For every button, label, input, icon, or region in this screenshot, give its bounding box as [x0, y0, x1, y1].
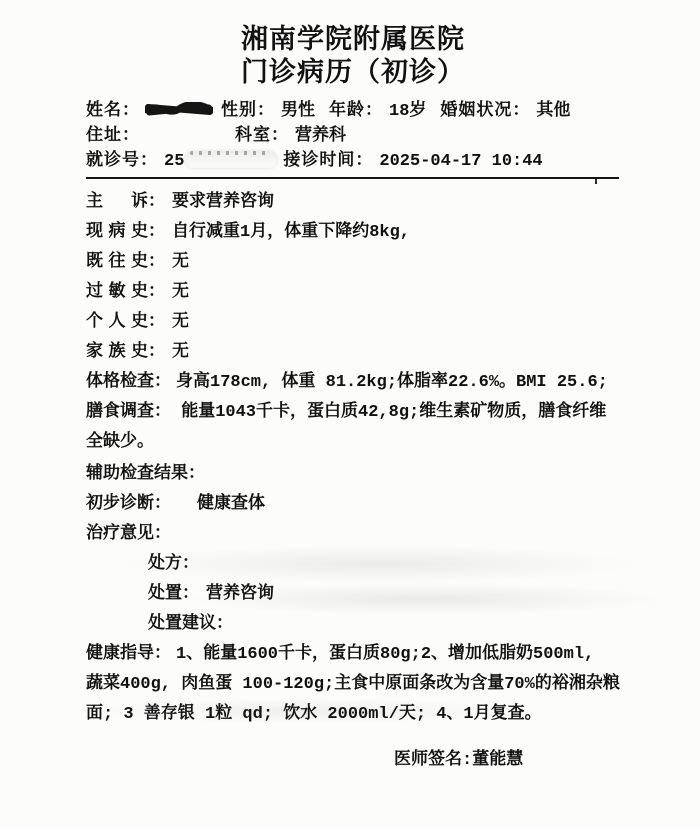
age-value: 18岁: [389, 102, 426, 121]
visit-no-redaction: [185, 151, 277, 168]
signature-label: 医师签名:: [394, 751, 472, 770]
allergy-history-row: 过敏史：无: [86, 278, 620, 308]
colon: ：: [154, 495, 171, 514]
hospital-name: 湘南学院附属医院: [86, 26, 620, 59]
age-label: 年龄: [329, 102, 365, 121]
name-label: 姓名: [86, 102, 122, 121]
disposal-label: 处置: [148, 585, 182, 604]
visit-no-label: 就诊号: [86, 152, 140, 171]
dept-value: 营养科: [295, 127, 346, 146]
colon: ：: [182, 555, 199, 574]
divider-tick: [595, 179, 597, 184]
marital-value: 其他: [536, 102, 570, 121]
disposal-value: 营养咨询: [206, 585, 274, 604]
colon: ：: [148, 253, 165, 272]
signature-row: 医师签名:董能慧: [394, 747, 620, 775]
physical-exam-label: 体格检查: [86, 373, 154, 392]
name-redaction: [145, 101, 213, 116]
colon: ：: [188, 465, 205, 484]
present-illness-row: 现病史：自行减重1月，体重下降约8kg,: [86, 218, 620, 248]
visit-no-value: 25: [164, 152, 184, 171]
colon: ：: [365, 102, 382, 121]
disposal-advice-row: 处置建议：: [148, 610, 620, 640]
family-history-label: 家族史: [86, 338, 148, 368]
record-body: 主诉：要求营养咨询 现病史：自行减重1月，体重下降约8kg, 既往史：无 过敏史…: [86, 188, 620, 730]
visit-time-label: 接诊时间: [283, 152, 355, 171]
auxiliary-exam-label: 辅助检查结果: [86, 465, 188, 484]
colon: ：: [122, 102, 139, 121]
patient-row-3: 就诊号：25接诊时间：2025-04-17 10:44: [86, 149, 620, 174]
colon: ：: [154, 525, 171, 544]
physical-exam-paragraph: 体格检查：身高178cm, 体重 81.2kg;体脂率22.6%。BMI 25.…: [86, 368, 620, 458]
prescription-row: 处方：: [148, 550, 620, 580]
treatment-opinion-row: 治疗意见：: [86, 520, 620, 550]
patient-row-1: 姓名：性别：男性年龄：18岁婚姻状况：其他: [86, 99, 620, 124]
chief-complaint-value: 要求营养咨询: [172, 193, 274, 212]
colon: ：: [182, 585, 199, 604]
past-history-row: 既往史：无: [86, 248, 620, 278]
present-illness-label: 现病史: [86, 218, 148, 248]
visit-time-value: 2025-04-17 10:44: [379, 152, 542, 171]
health-guidance-label: 健康指导: [86, 645, 154, 664]
colon: ：: [140, 152, 157, 171]
treatment-opinion-label: 治疗意见: [86, 525, 154, 544]
colon: ：: [271, 127, 288, 146]
colon: ：: [122, 127, 139, 146]
medical-record-page: 湘南学院附属医院 门诊病历（初诊） 姓名：性别：男性年龄：18岁婚姻状况：其他 …: [0, 0, 700, 828]
chief-complaint-label: 主诉: [86, 188, 148, 218]
prescription-label: 处方: [148, 555, 182, 574]
gender-value: 男性: [281, 102, 315, 121]
dept-label: 科室: [235, 127, 271, 146]
allergy-history-value: 无: [172, 283, 189, 302]
colon: ：: [154, 645, 171, 664]
health-guidance-paragraph: 健康指导：1、能量1600千卡，蛋白质80g;2、增加低脂奶500ml, 蔬菜4…: [86, 640, 620, 730]
colon: ：: [216, 615, 233, 634]
gender-label: 性别: [221, 102, 257, 121]
patient-info-block: 姓名：性别：男性年龄：18岁婚姻状况：其他 住址：科室：营养科 就诊号：25接诊…: [86, 99, 620, 174]
personal-history-label: 个人史: [86, 308, 148, 338]
colon: ：: [148, 223, 165, 242]
chief-complaint-row: 主诉：要求营养咨询: [86, 188, 620, 218]
diagnosis-value: 健康查体: [197, 495, 265, 514]
record-title: 门诊病历（初诊）: [86, 59, 620, 92]
past-history-value: 无: [172, 253, 189, 272]
colon: ：: [148, 283, 165, 302]
colon: ：: [355, 152, 372, 171]
past-history-label: 既往史: [86, 248, 148, 278]
present-illness-value: 自行减重1月，体重下降约8kg,: [172, 223, 410, 242]
disposal-row: 处置：营养咨询: [148, 580, 620, 610]
personal-history-row: 个人史：无: [86, 308, 620, 338]
allergy-history-label: 过敏史: [86, 278, 148, 308]
marital-label: 婚姻状况: [440, 102, 512, 121]
diagnosis-label: 初步诊断: [86, 495, 154, 514]
colon: ：: [154, 373, 171, 392]
patient-row-2: 住址：科室：营养科: [86, 124, 620, 149]
header-divider: [86, 177, 619, 179]
family-history-value: 无: [172, 343, 189, 362]
family-history-row: 家族史：无: [86, 338, 620, 368]
colon: ：: [512, 102, 529, 121]
diagnosis-row: 初步诊断：健康查体: [86, 490, 620, 520]
colon: ：: [148, 313, 165, 332]
colon: ：: [257, 102, 274, 121]
colon: ：: [148, 343, 165, 362]
doctor-name: 董能慧: [472, 751, 523, 770]
colon: ：: [148, 193, 165, 212]
auxiliary-exam-row: 辅助检查结果：: [86, 460, 620, 490]
personal-history-value: 无: [172, 313, 189, 332]
address-label: 住址: [86, 127, 122, 146]
disposal-advice-label: 处置建议: [148, 615, 216, 634]
